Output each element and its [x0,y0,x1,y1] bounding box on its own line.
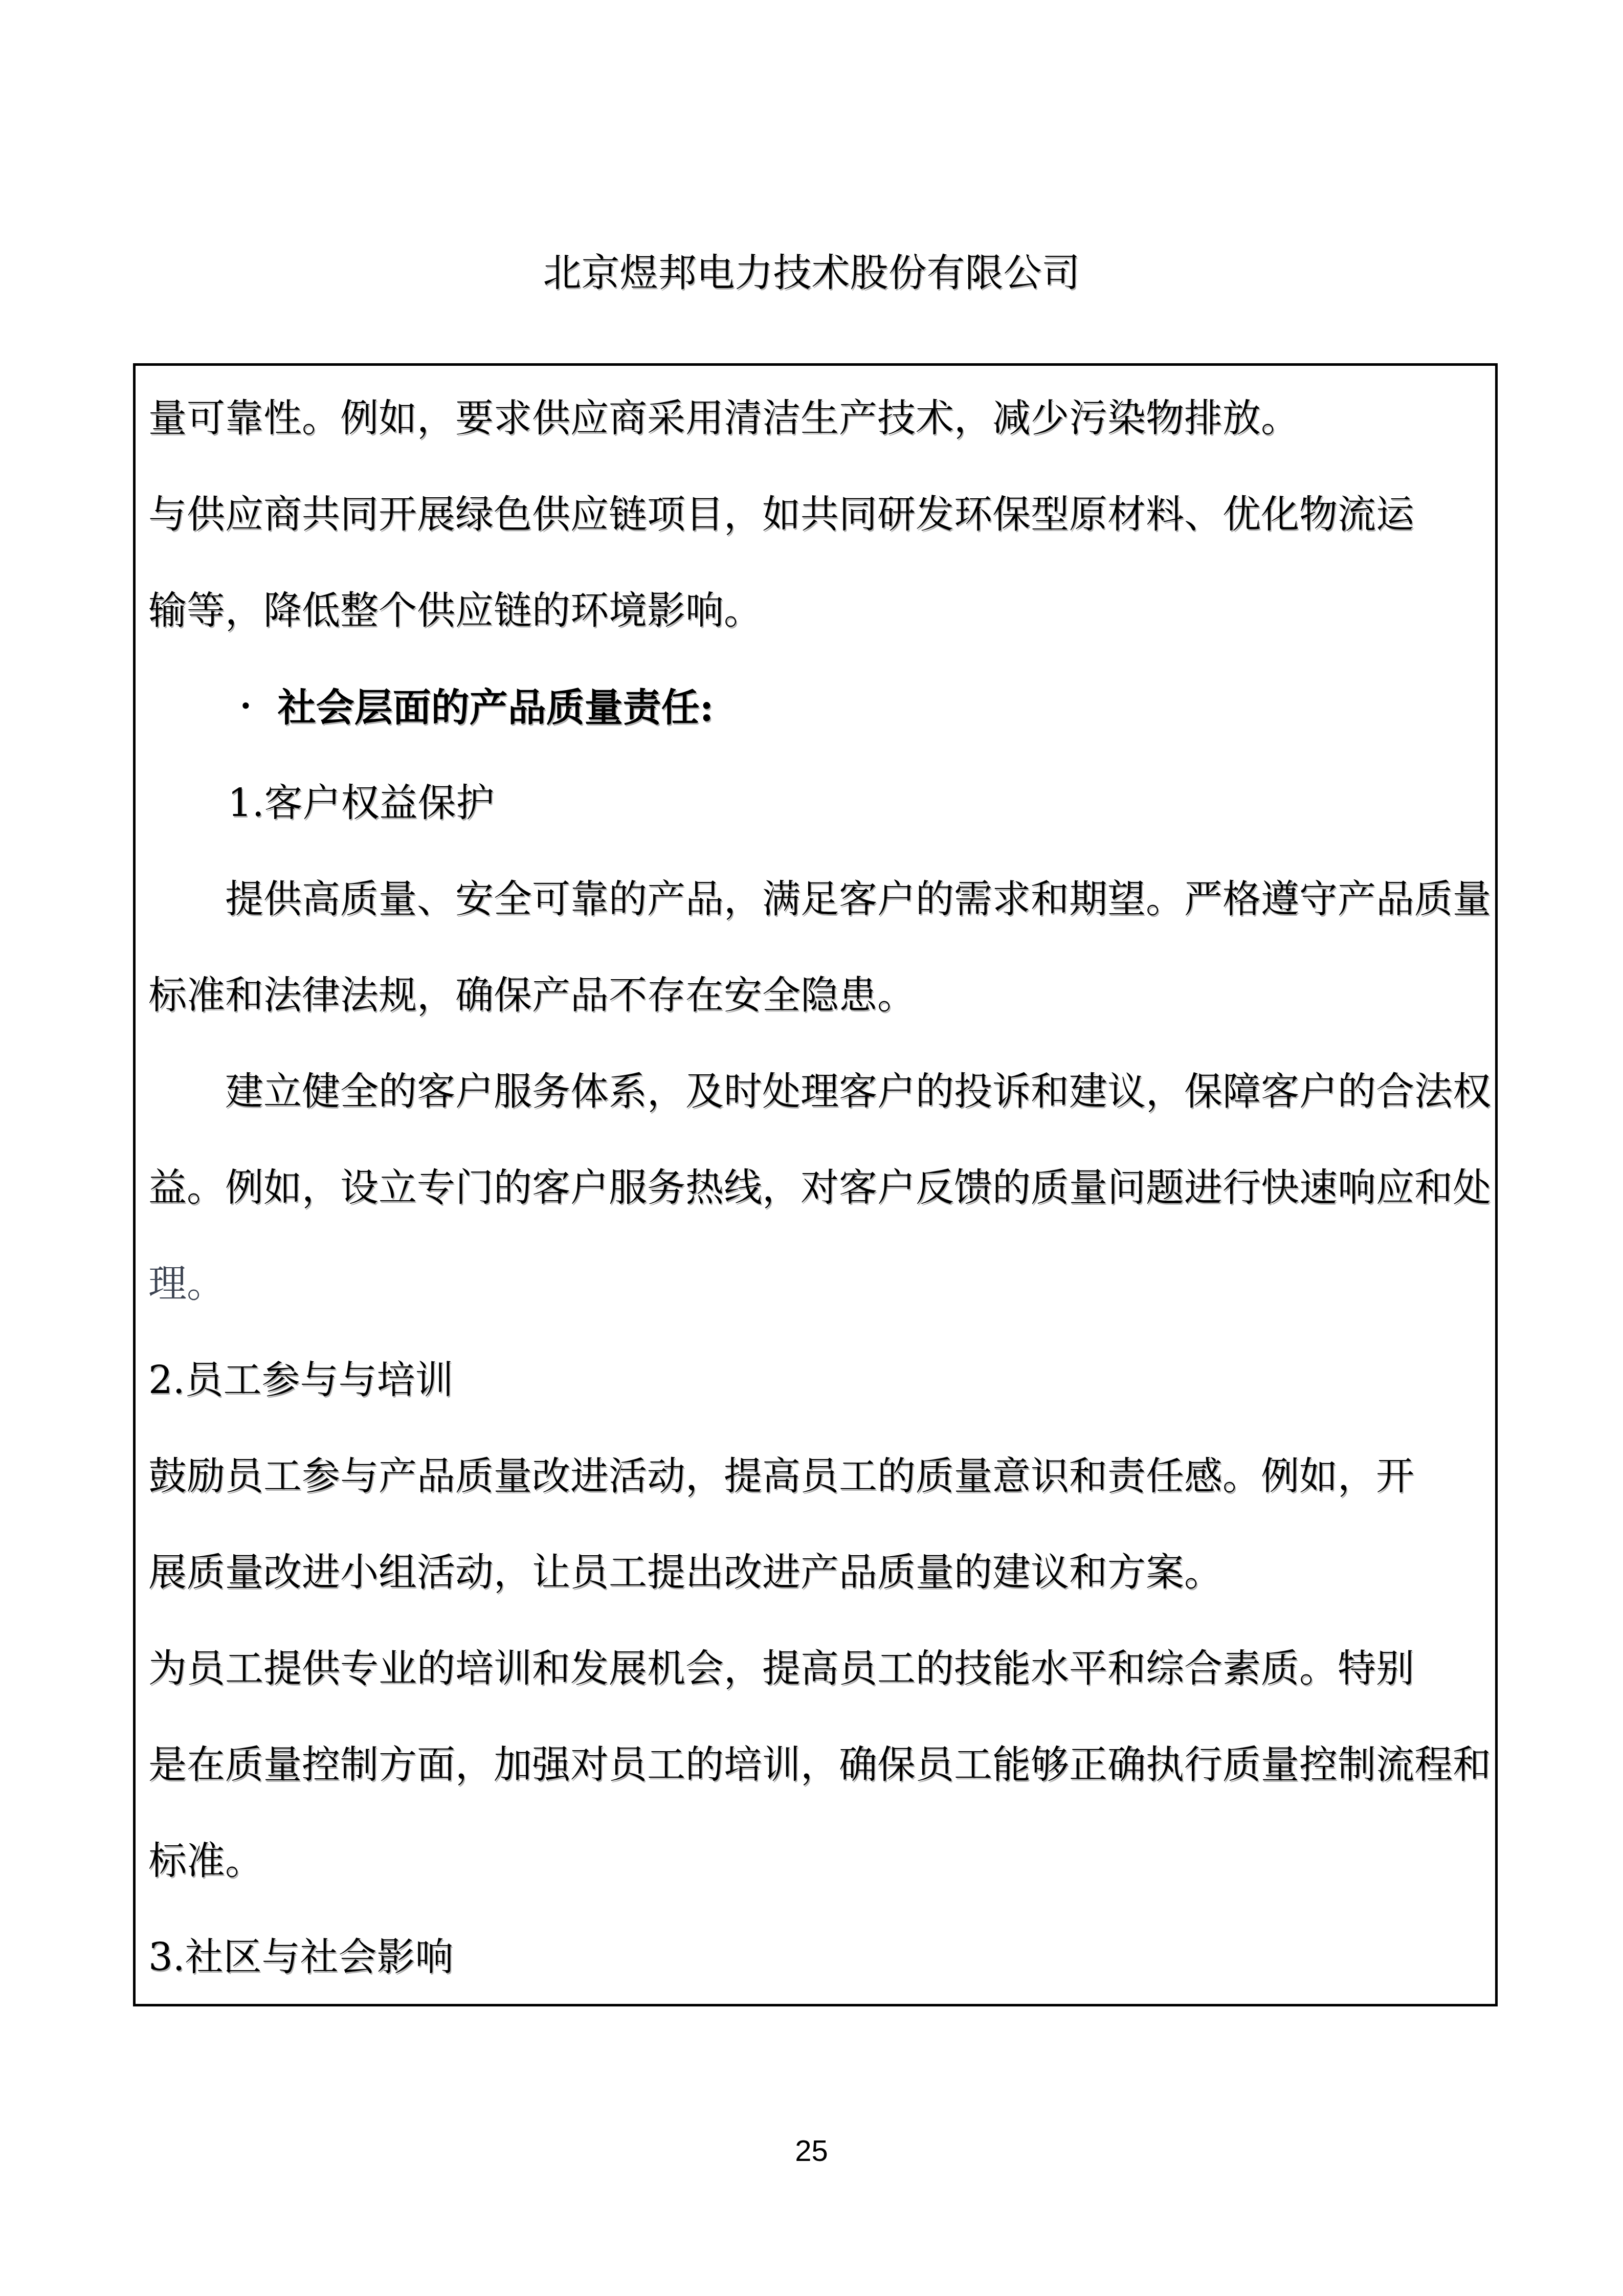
text-line: 量可靠性。例如，要求供应商采用清洁生产技术，减少污染物排放。 [148,370,1490,466]
document-page: 北京煜邦电力技术股份有限公司 量可靠性。例如，要求供应商采用清洁生产技术，减少污… [0,0,1623,2296]
content-box: 量可靠性。例如，要求供应商采用清洁生产技术，减少污染物排放。 与供应商共同开展绿… [133,363,1498,2006]
numbered-item: 3.社区与社会影响 [148,1909,1490,2005]
bullet-icon: • [239,658,252,755]
text-line: 建立健全的客户服务体系，及时处理客户的投诉和建议，保障客户的合法权 [148,1043,1490,1139]
bullet-heading-label: 社会层面的产品质量责任: [278,685,714,730]
page-number: 25 [0,2134,1623,2168]
numbered-item: 2.员工参与与培训 [148,1332,1490,1428]
numbered-item: 1.客户权益保护 [148,755,1490,851]
text-line: 展质量改进小组活动，让员工提出改进产品质量的建议和方案。 [148,1524,1490,1620]
text-line: 为员工提供专业的培训和发展机会，提高员工的技能水平和综合素质。特别 [148,1620,1490,1716]
text-line: 与供应商共同开展绿色供应链项目，如共同研发环保型原材料、优化物流运 [148,466,1490,562]
text-line: 鼓励员工参与产品质量改进活动，提高员工的质量意识和责任感。例如，开 [148,1428,1490,1524]
text-line: 标准和法律法规，确保产品不存在安全隐患。 [148,947,1490,1043]
text-line: 益。例如，设立专门的客户服务热线，对客户反馈的质量问题进行快速响应和处 [148,1139,1490,1235]
bullet-heading: •社会层面的产品质量责任: [148,658,1490,755]
text-line: 理。 [148,1235,1490,1332]
text-line: 提供高质量、安全可靠的产品，满足客户的需求和期望。严格遵守产品质量 [148,851,1490,947]
text-line: 输等，降低整个供应链的环境影响。 [148,562,1490,658]
text-line: 标准。 [148,1813,1490,1909]
page-title: 北京煜邦电力技术股份有限公司 [0,246,1623,299]
text-line: 是在质量控制方面，加强对员工的培训，确保员工能够正确执行质量控制流程和 [148,1716,1490,1813]
